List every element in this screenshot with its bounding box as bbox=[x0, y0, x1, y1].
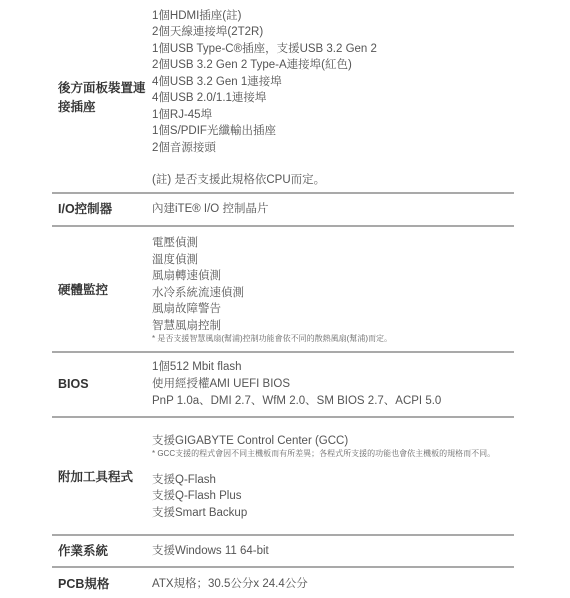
spec-label-os: 作業系統 bbox=[52, 542, 152, 561]
spec-table: 後方面板裝置連 接插座 1個HDMI插座(註) 2個天線連接埠(2T2R) 1個… bbox=[52, 0, 514, 598]
spec-item: 智慧風扇控制 bbox=[152, 318, 514, 335]
spec-content-unique-features: 支援GIGABYTE Control Center (GCC) * GCC支援的… bbox=[152, 433, 514, 522]
spec-item: 1個512 Mbit flash bbox=[152, 359, 514, 376]
spec-row-rear-io: 後方面板裝置連 接插座 1個HDMI插座(註) 2個天線連接埠(2T2R) 1個… bbox=[52, 0, 514, 194]
spec-item: 內建iTE® I/O 控制晶片 bbox=[152, 201, 514, 218]
spec-label-io-controller: I/O控制器 bbox=[52, 200, 152, 219]
spec-item: 支援GIGABYTE Control Center (GCC) bbox=[152, 433, 514, 450]
spec-content-io-controller: 內建iTE® I/O 控制晶片 bbox=[152, 201, 514, 218]
spec-content-hardware-monitor: 電壓偵測 溫度偵測 風扇轉速偵測 水冷系統流速偵測 風扇故障警告 智慧風扇控制 … bbox=[152, 235, 514, 345]
spec-item: 2個天線連接埠(2T2R) bbox=[152, 24, 514, 41]
spec-row-bios: BIOS 1個512 Mbit flash 使用經授權AMI UEFI BIOS… bbox=[52, 353, 514, 418]
spec-row-hardware-monitor: 硬體監控 電壓偵測 溫度偵測 風扇轉速偵測 水冷系統流速偵測 風扇故障警告 智慧… bbox=[52, 227, 514, 353]
spec-item: PnP 1.0a、DMI 2.7、WfM 2.0、SM BIOS 2.7、ACP… bbox=[152, 393, 514, 410]
spec-item: 4個USB 2.0/1.1連接埠 bbox=[152, 90, 514, 107]
spec-item: 4個USB 3.2 Gen 1連接埠 bbox=[152, 74, 514, 91]
spec-item: 1個HDMI插座(註) bbox=[152, 8, 514, 25]
spec-row-form-factor: PCB規格 ATX規格；30.5公分x 24.4公分 bbox=[52, 568, 514, 598]
spec-item: 支援Q-Flash Plus bbox=[152, 488, 514, 505]
spec-row-unique-features: 附加工具程式 支援GIGABYTE Control Center (GCC) *… bbox=[52, 418, 514, 536]
spec-footnote: * 是否支援智慧風扇(幫浦)控制功能會依不同的散熱風扇(幫浦)而定。 bbox=[152, 334, 514, 345]
spec-item: 支援Windows 11 64-bit bbox=[152, 543, 514, 560]
spec-label-unique-features: 附加工具程式 bbox=[52, 468, 152, 487]
spec-item: ATX規格；30.5公分x 24.4公分 bbox=[152, 576, 514, 593]
spec-item: 風扇轉速偵測 bbox=[152, 268, 514, 285]
spec-item: 支援Smart Backup bbox=[152, 505, 514, 522]
spec-item: 電壓偵測 bbox=[152, 235, 514, 252]
spec-item: 溫度偵測 bbox=[152, 252, 514, 269]
spec-item: 風扇故障警告 bbox=[152, 301, 514, 318]
spec-item: 水冷系統流速偵測 bbox=[152, 285, 514, 302]
spec-item: 1個S/PDIF光纖輸出插座 bbox=[152, 123, 514, 140]
spec-content-form-factor: ATX規格；30.5公分x 24.4公分 bbox=[152, 576, 514, 593]
spec-item: 2個USB 3.2 Gen 2 Type-A連接埠(紅色) bbox=[152, 57, 514, 74]
spacer bbox=[152, 460, 514, 472]
spec-item: 使用經授權AMI UEFI BIOS bbox=[152, 376, 514, 393]
spec-label-bios: BIOS bbox=[52, 375, 152, 394]
spec-item: 1個USB Type-C®插座，支援USB 3.2 Gen 2 bbox=[152, 41, 514, 58]
spec-item: 1個RJ-45埠 bbox=[152, 107, 514, 124]
spec-row-io-controller: I/O控制器 內建iTE® I/O 控制晶片 bbox=[52, 194, 514, 227]
spec-label-line: 後方面板裝置連 bbox=[58, 79, 152, 98]
spec-row-os: 作業系統 支援Windows 11 64-bit bbox=[52, 536, 514, 568]
spec-label-form-factor: PCB規格 bbox=[52, 575, 152, 594]
spec-content-os: 支援Windows 11 64-bit bbox=[152, 543, 514, 560]
spacer bbox=[152, 156, 514, 172]
spec-footnote: * GCC支援的程式會因不同主機板而有所差異；各程式所支援的功能也會依主機板的規… bbox=[152, 449, 514, 460]
spec-content-rear-io: 1個HDMI插座(註) 2個天線連接埠(2T2R) 1個USB Type-C®插… bbox=[152, 8, 514, 189]
spec-content-bios: 1個512 Mbit flash 使用經授權AMI UEFI BIOS PnP … bbox=[152, 359, 514, 410]
spec-label-rear-io: 後方面板裝置連 接插座 bbox=[52, 79, 152, 117]
spec-item: 2個音源接頭 bbox=[152, 140, 514, 157]
spec-label-hardware-monitor: 硬體監控 bbox=[52, 281, 152, 300]
spec-label-line: 接插座 bbox=[58, 98, 152, 117]
spec-item: 支援Q-Flash bbox=[152, 472, 514, 489]
spec-footnote: (註) 是否支援此規格依CPU而定。 bbox=[152, 172, 514, 189]
